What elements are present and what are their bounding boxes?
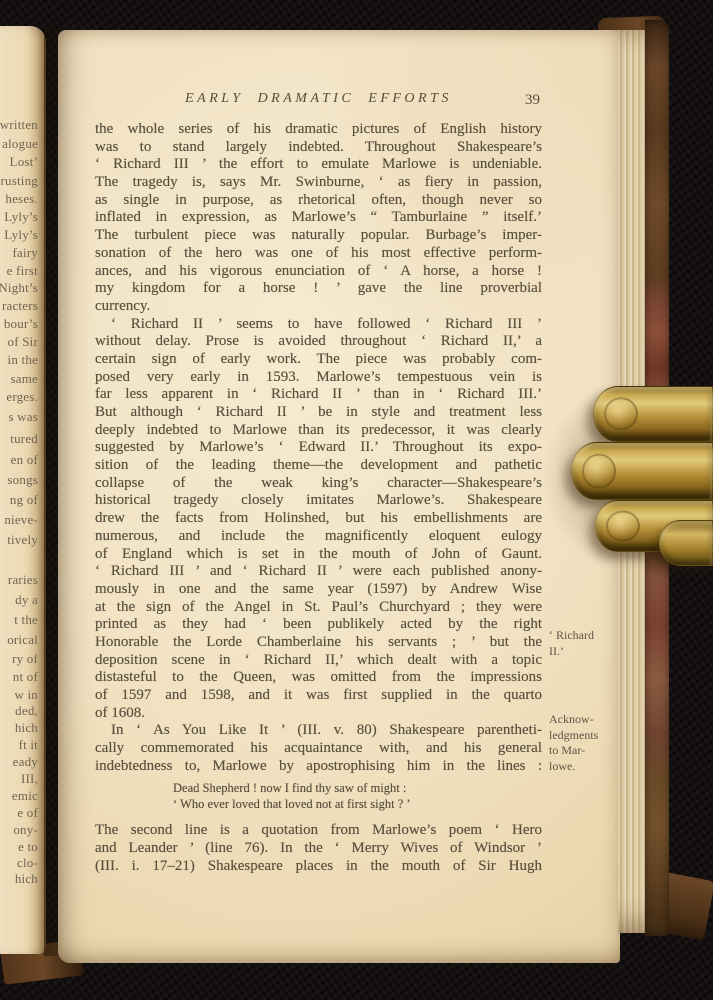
quote-block: Dead Shepherd ! now I find thy saw of mi… <box>95 781 542 812</box>
text-line: Honorable the Lorde Chamberlaine his ser… <box>95 634 542 652</box>
edge-text-fragment: hich <box>0 721 42 735</box>
text-line: deeply indebted to Marlowe than its pred… <box>95 422 542 440</box>
margin-note-line: Acknow- <box>549 712 613 728</box>
running-title: EARLY DRAMATIC EFFORTS <box>95 91 542 107</box>
text-line: numerous, and include the magnificently … <box>95 528 542 546</box>
edge-text-fragment: e first <box>0 264 42 278</box>
edge-text-fragment: same <box>0 372 42 386</box>
edge-text-fragment: Night’s <box>0 281 42 295</box>
text-line: of 1597 and 1598, and it was first suppl… <box>95 687 542 705</box>
edge-text-fragment: nt of <box>0 670 42 684</box>
edge-text-fragment: alogue <box>0 137 42 151</box>
text-line: far less apparent in ‘ Richard II ’ than… <box>95 386 542 404</box>
text-line: But although ‘ Richard II ’ be in style … <box>95 404 542 422</box>
edge-text-fragment: dy a <box>0 593 42 607</box>
edge-text-fragment: heses. <box>0 192 42 206</box>
paragraph: ‘ Richard II ’ seems to have followed ‘ … <box>95 316 542 723</box>
text-line: cally commemorated his acquaintance with… <box>95 740 542 758</box>
edge-text-fragment: songs <box>0 473 42 487</box>
edge-text-fragment: raries <box>0 573 42 587</box>
text-line: distasteful to the Queen, was omitted fr… <box>95 669 542 687</box>
text-line: printed as they had ‘ been publikely act… <box>95 616 542 634</box>
edge-text-fragment: en of <box>0 453 42 467</box>
text-line: as single in purpose, as rhetorical ofte… <box>95 192 542 210</box>
fingernail-icon <box>606 511 640 542</box>
edge-text-fragment: written <box>0 118 42 132</box>
facing-page-edge: writtenalogueLost’rustingheses.Lyly’sLyl… <box>0 0 40 1000</box>
margin-note-line: lowe. <box>549 759 613 775</box>
edge-text-fragment: emic <box>0 789 42 803</box>
edge-text-fragment: hich <box>0 872 42 886</box>
margin-note-line: ‘ Richard <box>549 628 613 644</box>
edge-text-fragment: ony- <box>0 823 42 837</box>
fingernail-icon <box>604 397 638 430</box>
text-line: ‘ Richard II ’ seems to have followed ‘ … <box>95 316 542 334</box>
edge-text-fragment: ded, <box>0 704 42 718</box>
edge-text-fragment: rusting <box>0 174 42 188</box>
text-line: was to stand largely indebted. Throughou… <box>95 139 542 157</box>
text-line: of England which is set in the mouth of … <box>95 546 542 564</box>
text-line: of 1608. <box>95 705 542 723</box>
margin-note-line: to Mar- <box>549 743 613 759</box>
edge-text-fragment: Lyly’s <box>0 210 42 224</box>
text-line: without delay. Prose is avoided througho… <box>95 333 542 351</box>
text-line: collapse of the weak king’s character—Sh… <box>95 475 542 493</box>
text-line: sition of the leading theme—the developm… <box>95 457 542 475</box>
margin-note: Acknow-ledgmentsto Mar-lowe. <box>549 712 613 774</box>
edge-text-fragment: erges. <box>0 390 42 404</box>
edge-text-fragment: Lyly’s <box>0 228 42 242</box>
quote-line: Dead Shepherd ! now I find thy saw of mi… <box>173 781 542 797</box>
page-number: 39 <box>525 92 540 109</box>
page-header: EARLY DRAMATIC EFFORTS 39 <box>95 91 542 111</box>
edge-text-fragment: Lost’ <box>0 155 42 169</box>
text-line: The tragedy is, says Mr. Swinburne, ‘ as… <box>95 174 542 192</box>
text-line: ‘ Richard III ’ the effort to emulate Ma… <box>95 156 542 174</box>
edge-text-fragment: s was <box>0 410 42 424</box>
brass-finger-middle <box>571 442 713 500</box>
text-line: posed very early in 1593. Marlowe’s temp… <box>95 369 542 387</box>
quote-line: ‘ Who ever loved that loved not at first… <box>173 797 542 813</box>
fingernail-icon <box>582 454 616 489</box>
edge-text-fragment: racters <box>0 299 42 313</box>
margin-note-line: II.’ <box>549 644 613 660</box>
text-line: historical tragedy closely imitates Marl… <box>95 492 542 510</box>
text-line: the whole series of his dramatic picture… <box>95 121 542 139</box>
edge-text-fragment: e to <box>0 840 42 854</box>
text-line: suggested by Marlowe’s ‘ Edward II.’ Thr… <box>95 439 542 457</box>
text-line: sonation of the hero was one of his most… <box>95 245 542 263</box>
brass-finger-top <box>593 386 713 442</box>
text-line: at the sign of the Angel in St. Paul’s C… <box>95 599 542 617</box>
text-line: indebtedness to, Marlowe by apostrophisi… <box>95 758 542 776</box>
edge-text-fragment: ft it <box>0 738 42 752</box>
text-line: currency. <box>95 298 542 316</box>
edge-text-fragment: w in <box>0 688 42 702</box>
text-line: drew the facts from Holinshed, but his e… <box>95 510 542 528</box>
book-photograph: writtenalogueLost’rustingheses.Lyly’sLyl… <box>0 0 713 1000</box>
text-line: ances, and his vigorous enunciation of ‘… <box>95 263 542 281</box>
edge-text-fragment: t the <box>0 613 42 627</box>
text-line: (III. i. 17–21) Shakespeare places in th… <box>95 858 542 876</box>
text-line: inflated in expression, as Marlowe’s “ T… <box>95 209 542 227</box>
edge-text-fragment: bour’s <box>0 317 42 331</box>
edge-text-fragment: tively <box>0 533 42 547</box>
edge-text-fragment: eady <box>0 755 42 769</box>
brass-hand-page-holder <box>571 382 713 568</box>
edge-text-fragment: III, <box>0 772 42 786</box>
paragraph: the whole series of his dramatic picture… <box>95 121 542 316</box>
edge-text-fragment: e of <box>0 806 42 820</box>
text-line: ‘ Richard III ’ and ‘ Richard II ’ were … <box>95 563 542 581</box>
edge-text-fragment: nieve- <box>0 513 42 527</box>
edge-text-fragment: clo- <box>0 856 42 870</box>
text-line: The turbulent piece was naturally popula… <box>95 227 542 245</box>
text-line: The second line is a quotation from Marl… <box>95 822 542 840</box>
paragraph: The second line is a quotation from Marl… <box>95 822 542 875</box>
text-line: deposition scene in ‘ Richard II,’ which… <box>95 652 542 670</box>
edge-text-fragment: fairy <box>0 246 42 260</box>
text-line: and Leander ’ (line 76). In the ‘ Merry … <box>95 840 542 858</box>
paragraph: In ‘ As You Like It ’ (III. v. 80) Shake… <box>95 722 542 775</box>
edge-text-fragment: in the <box>0 353 42 367</box>
edge-text-fragment: of Sir <box>0 335 42 349</box>
text-line: my kingdom for a horse ! ’ gave the line… <box>95 280 542 298</box>
edge-text-fragment: ry of <box>0 652 42 666</box>
brass-thumb <box>659 520 713 566</box>
body-text: the whole series of his dramatic picture… <box>95 121 542 876</box>
margin-note: ‘ RichardII.’ <box>549 628 613 659</box>
text-line: mously in one and the same year (1597) b… <box>95 581 542 599</box>
text-line: In ‘ As You Like It ’ (III. v. 80) Shake… <box>95 722 542 740</box>
edge-text-fragment: ng of <box>0 493 42 507</box>
text-line: certain sign of early work. The piece wa… <box>95 351 542 369</box>
edge-text-fragment: tured <box>0 432 42 446</box>
margin-note-line: ledgments <box>549 728 613 744</box>
edge-text-fragment: orical <box>0 633 42 647</box>
